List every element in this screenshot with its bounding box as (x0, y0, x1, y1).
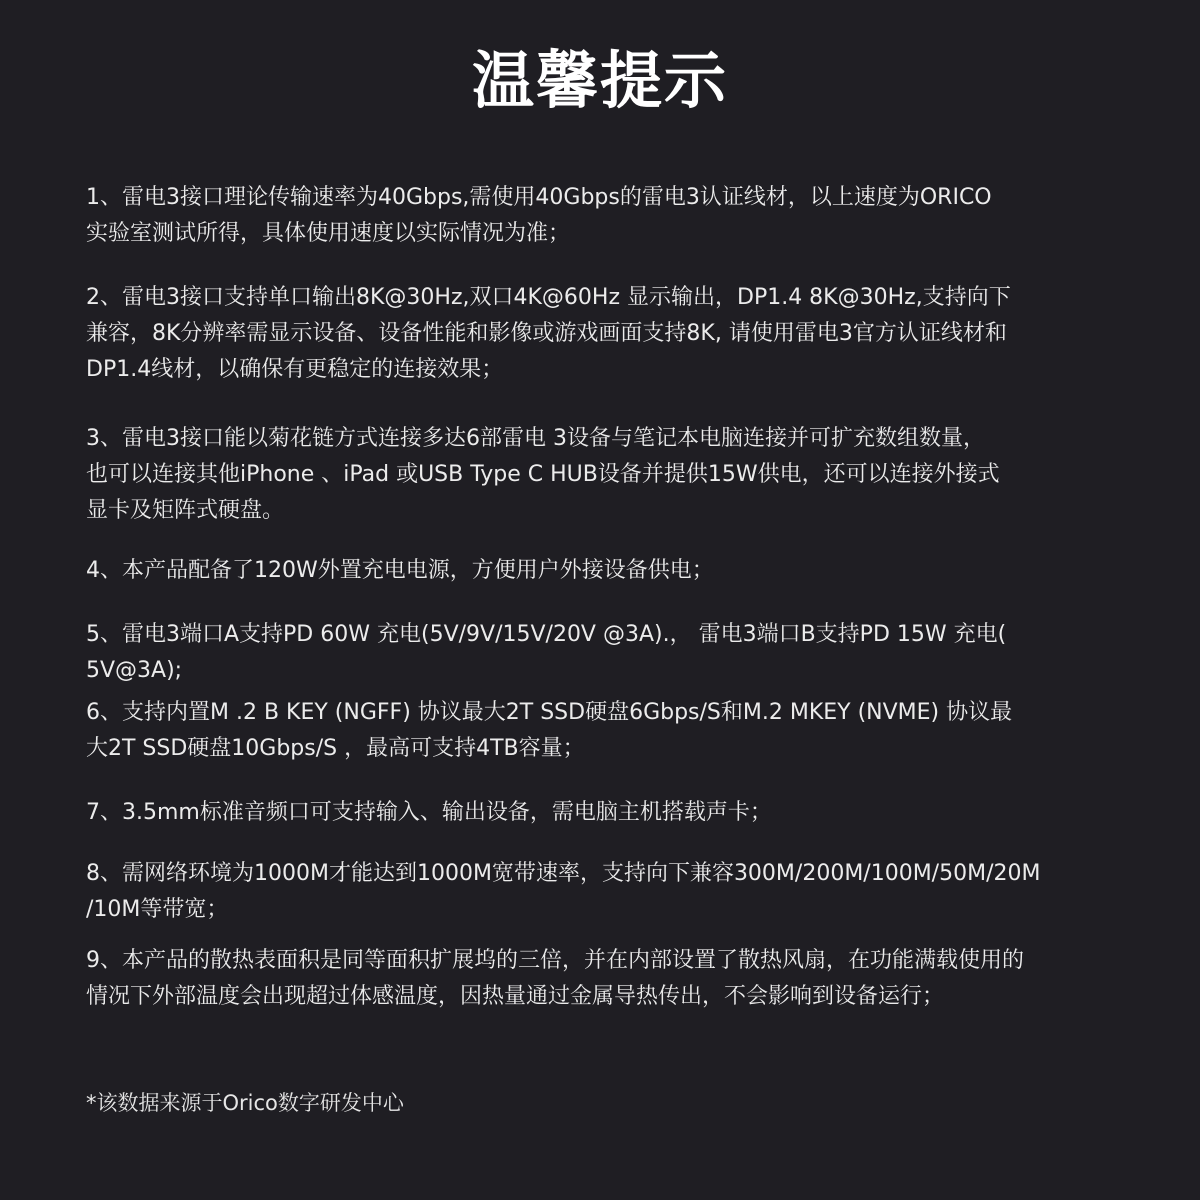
note-item-9: 9、本产品的散热表面积是同等面积扩展坞的三倍，并在内部设置了散热风扇，在功能满载… (86, 943, 1126, 1015)
note-item-2: 2、雷电3接口支持单口输出8K@30Hz,双口4K@60Hz 显示输出，DP1.… (86, 280, 1126, 388)
note-item-6: 6、支持内置M .2 B KEY (NGFF) 协议最大2T SSD硬盘6Gbp… (86, 695, 1126, 767)
note-item-3: 3、雷电3接口能以菊花链方式连接多达6部雷电 3设备与笔记本电脑连接并可扩充数组… (86, 421, 1126, 529)
note-line: 情况下外部温度会出现超过体感温度，因热量通过金属导热传出，不会影响到设备运行； (86, 979, 1126, 1015)
note-line: 4、本产品配备了120W外置充电电源，方便用户外接设备供电； (86, 553, 1126, 589)
note-line: 1、雷电3接口理论传输速率为40Gbps,需使用40Gbps的雷电3认证线材，以… (86, 180, 1126, 216)
note-line: 5V@3A); (86, 653, 1126, 689)
note-line: 显卡及矩阵式硬盘。 (86, 493, 1126, 529)
note-line: DP1.4线材，以确保有更稳定的连接效果； (86, 352, 1126, 388)
note-line: 5、雷电3端口A支持PD 60W 充电(5V/9V/15V/20V @3A).，… (86, 617, 1126, 653)
note-item-5: 5、雷电3端口A支持PD 60W 充电(5V/9V/15V/20V @3A).，… (86, 617, 1126, 689)
note-line: 6、支持内置M .2 B KEY (NGFF) 协议最大2T SSD硬盘6Gbp… (86, 695, 1126, 731)
note-line: 也可以连接其他iPhone 、iPad 或USB Type C HUB设备并提供… (86, 457, 1126, 493)
note-item-4: 4、本产品配备了120W外置充电电源，方便用户外接设备供电； (86, 553, 1126, 589)
note-line: 2、雷电3接口支持单口输出8K@30Hz,双口4K@60Hz 显示输出，DP1.… (86, 280, 1126, 316)
note-line: 3、雷电3接口能以菊花链方式连接多达6部雷电 3设备与笔记本电脑连接并可扩充数组… (86, 421, 1126, 457)
note-item-1: 1、雷电3接口理论传输速率为40Gbps,需使用40Gbps的雷电3认证线材，以… (86, 180, 1126, 252)
note-line: 8、需网络环境为1000M才能达到1000M宽带速率，支持向下兼容300M/20… (86, 856, 1126, 892)
note-item-8: 8、需网络环境为1000M才能达到1000M宽带速率，支持向下兼容300M/20… (86, 856, 1126, 928)
note-line: 实验室测试所得，具体使用速度以实际情况为准； (86, 216, 1126, 252)
note-line: 兼容，8K分辨率需显示设备、设备性能和影像或游戏画面支持8K, 请使用雷电3官方… (86, 316, 1126, 352)
note-line: /10M等带宽； (86, 892, 1126, 928)
note-line: 7、3.5mm标准音频口可支持输入、输出设备，需电脑主机搭载声卡； (86, 795, 1126, 831)
note-line: 9、本产品的散热表面积是同等面积扩展坞的三倍，并在内部设置了散热风扇，在功能满载… (86, 943, 1126, 979)
page-title: 温馨提示 (0, 36, 1200, 126)
note-item-7: 7、3.5mm标准音频口可支持输入、输出设备，需电脑主机搭载声卡； (86, 795, 1126, 831)
data-source-footnote: *该数据来源于Orico数字研发中心 (86, 1086, 404, 1120)
note-line: 大2T SSD硬盘10Gbps/S ，最高可支持4TB容量； (86, 731, 1126, 767)
